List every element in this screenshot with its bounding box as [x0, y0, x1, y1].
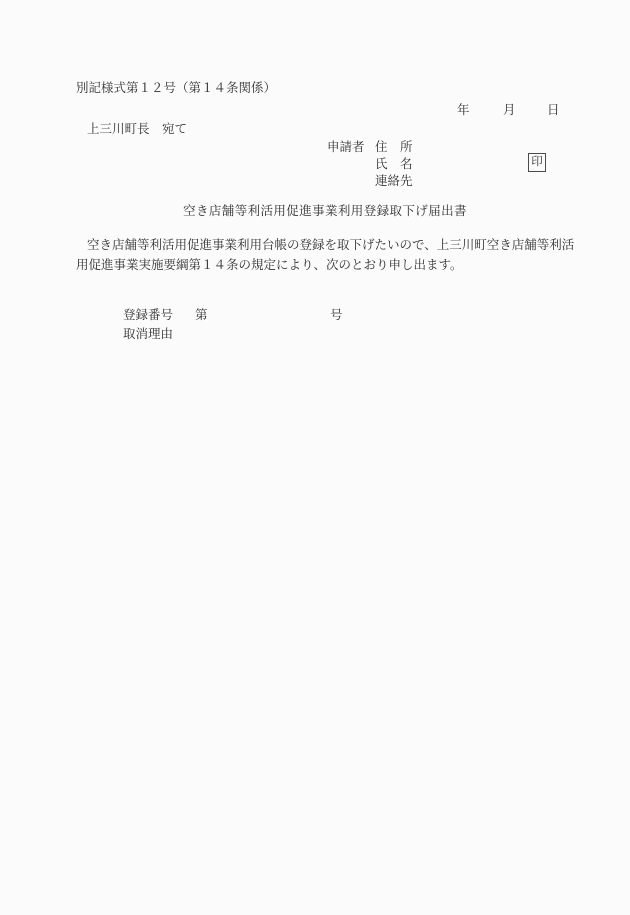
date-day-label: 日 [547, 103, 560, 117]
seal-box: 印 [528, 153, 546, 172]
body-line-2: 用促進事業実施要綱第１４条の規定により、次のとおり申し出ます。 [76, 258, 463, 272]
applicant-address-label: 住 所 [375, 140, 413, 154]
registration-number-suffix: 号 [330, 308, 343, 322]
form-number: 別記様式第１２号（第１４条関係） [76, 81, 276, 95]
registration-number-prefix: 第 [195, 308, 208, 322]
addressee: 上三川町長 宛て [87, 122, 187, 136]
document-page: 別記様式第１２号（第１４条関係） 年 月 日 上三川町長 宛て 申請者 住 所 … [0, 0, 630, 915]
applicant-contact-label: 連絡先 [375, 174, 413, 188]
date-year-label: 年 [457, 103, 470, 117]
document-title: 空き店舗等利活用促進事業利用登録取下げ届出書 [0, 204, 630, 218]
date-month-label: 月 [503, 103, 516, 117]
applicant-label: 申請者 [327, 140, 365, 154]
cancellation-reason-label: 取消理由 [123, 327, 173, 341]
body-line-1: 空き店舗等利活用促進事業利用台帳の登録を取下げたいので、上三川町空き店舗等利活 [87, 238, 574, 252]
registration-number-label: 登録番号 [123, 308, 173, 322]
seal-label: 印 [531, 157, 543, 169]
applicant-name-label: 氏 名 [375, 157, 413, 171]
